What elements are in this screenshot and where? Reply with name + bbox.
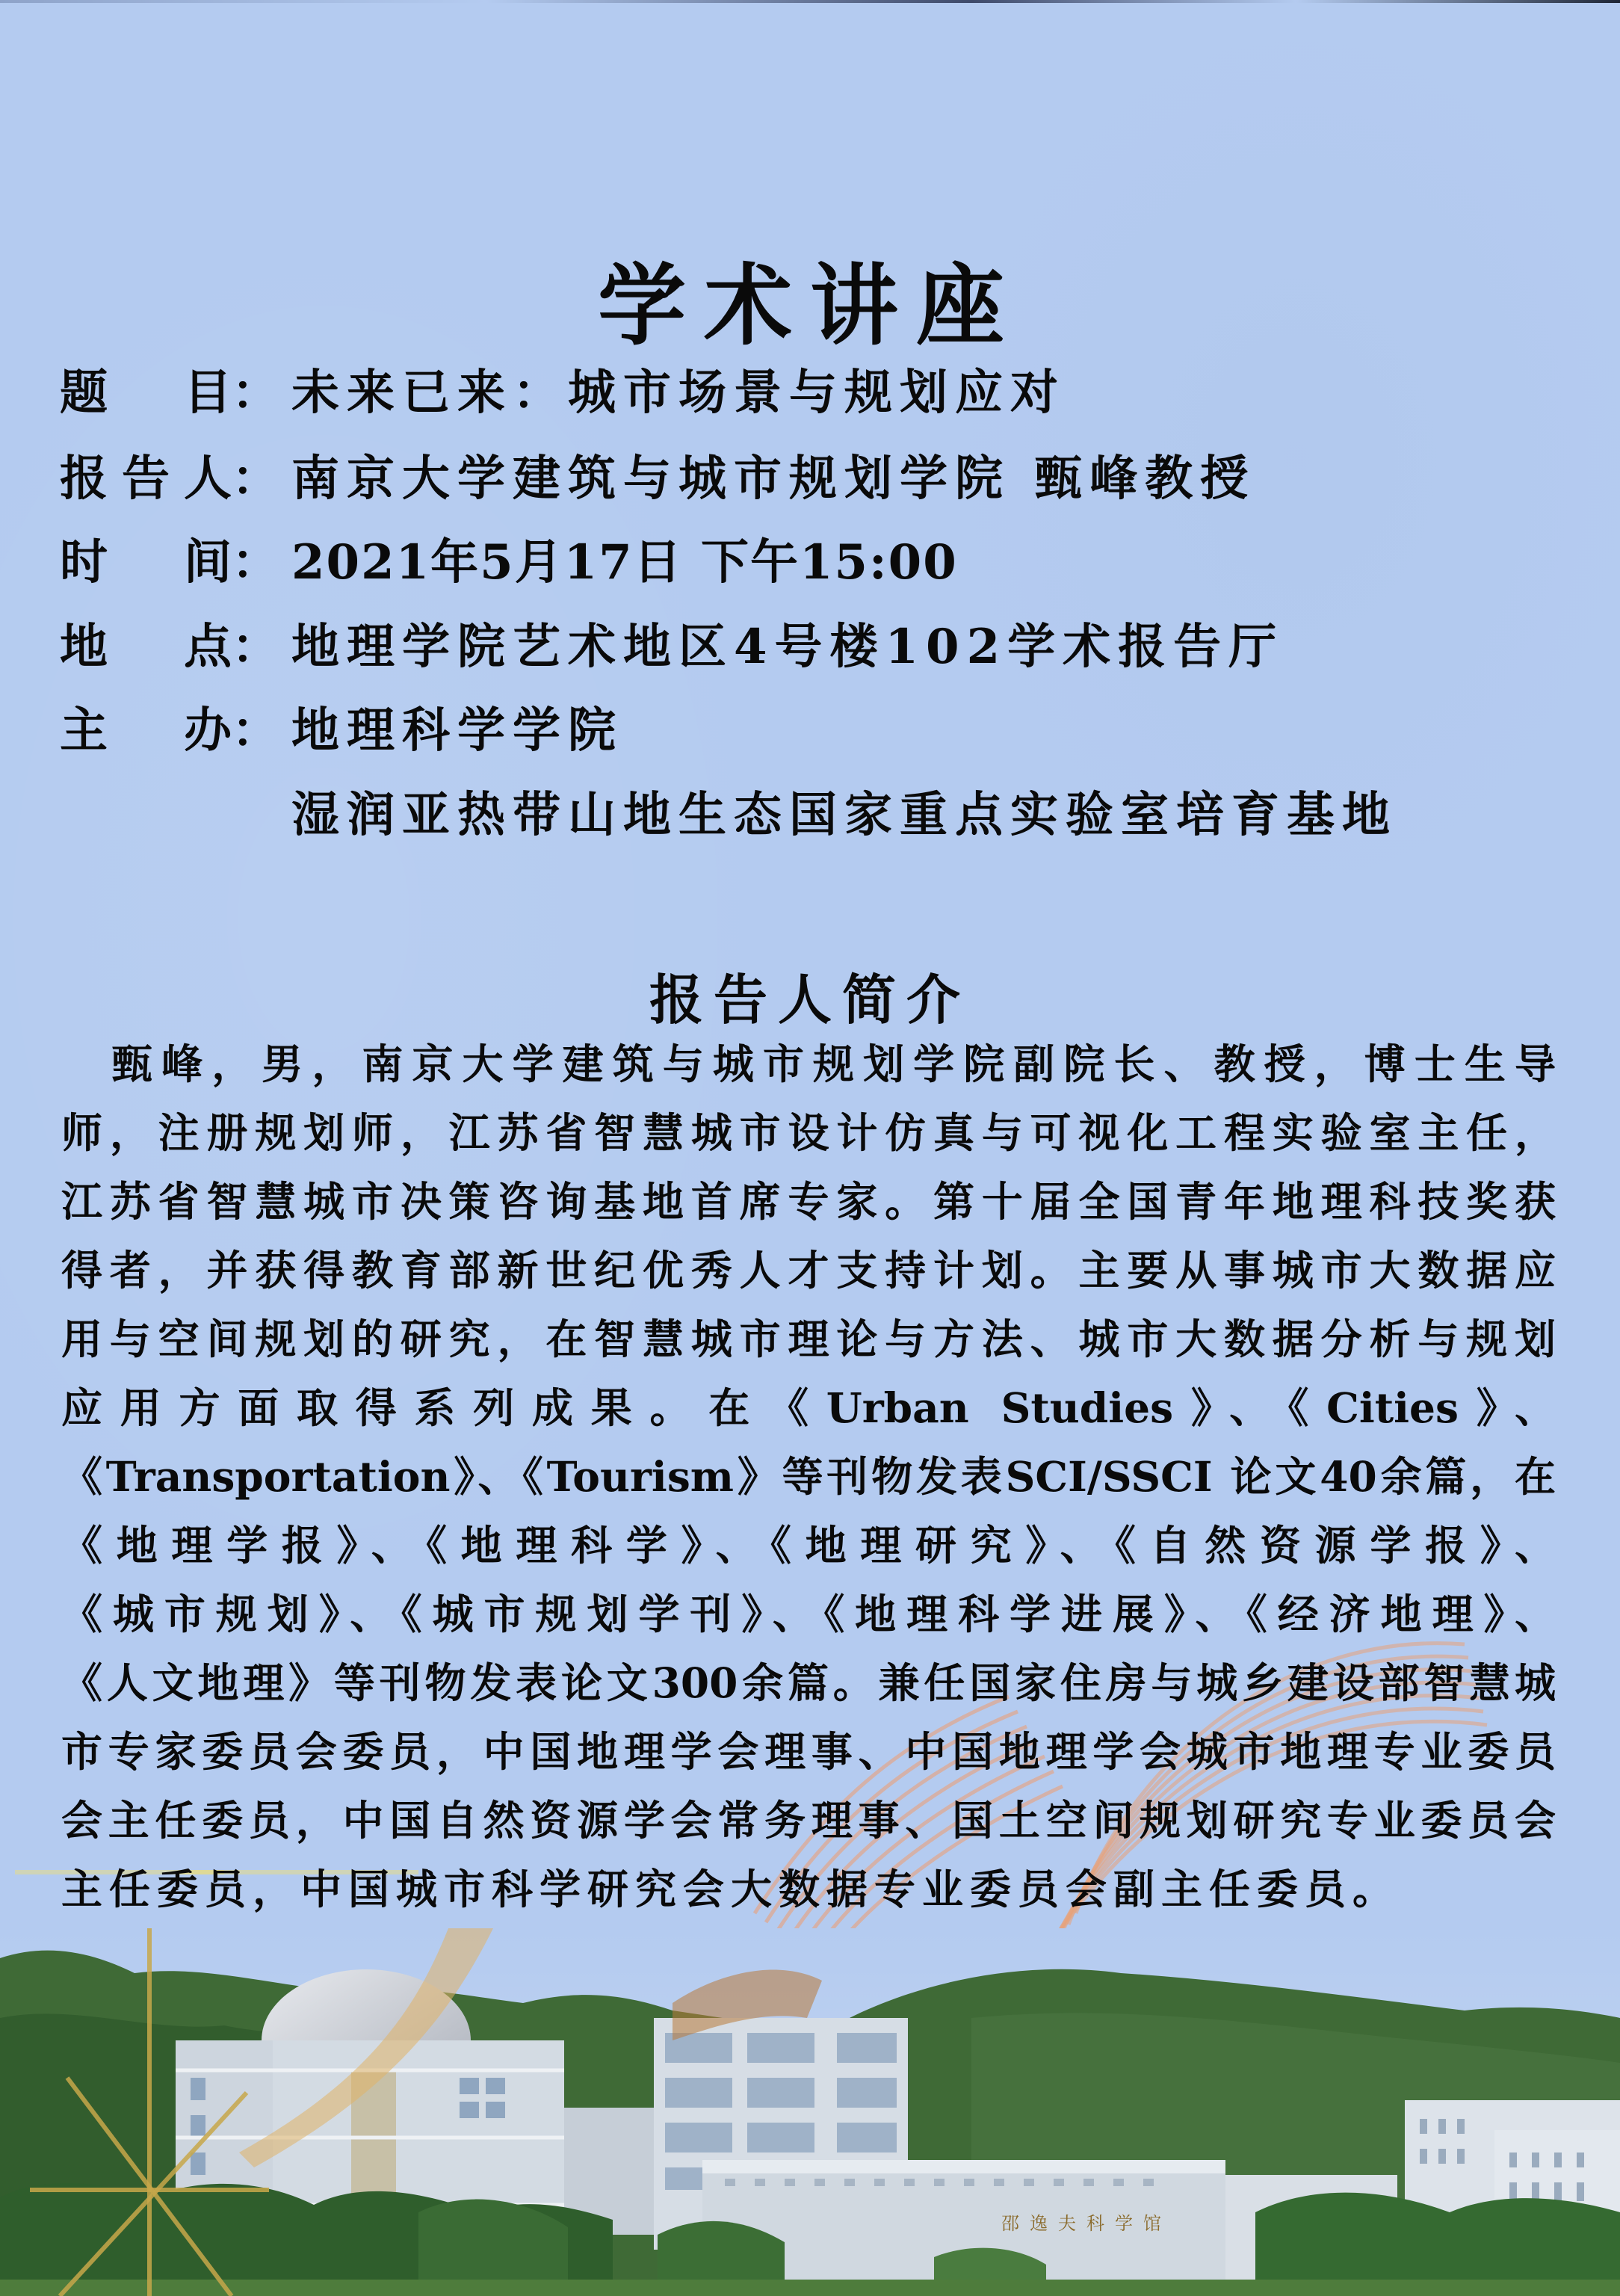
bio-line: 应用方面取得系列成果。在《Urban Studies》、《Cities》、 (61, 1375, 1556, 1442)
campus-scene-image: 邵逸夫科学馆 (0, 1928, 1620, 2296)
top-edge-line (0, 0, 1620, 3)
bio-line: 师，注册规划师，江苏省智慧城市设计仿真与可视化工程实验室主任， (61, 1100, 1556, 1167)
topic-value: 未来已来：城市场景与规划应对 (291, 354, 1066, 423)
info-row-location: 地 点 ： 地理学院艺术地区4号楼102学术报告厅 (60, 605, 1284, 680)
bio-line: 用与空间规划的研究，在智慧城市理论与方法、城市大数据分析与规划 (61, 1306, 1556, 1374)
info-row-speaker: 报 告 人 ： 南京大学建筑与城市规划学院 甄峰教授 (60, 437, 1255, 512)
bio-line: 甄峰，男，南京大学建筑与城市规划学院副院长、教授，博士生导 (61, 1031, 1556, 1099)
bio-title: 报告人简介 (0, 957, 1620, 1034)
organizer-value: 地理科学学院 (291, 692, 623, 761)
bio-line: 《地理学报》、《地理科学》、《地理研究》、《自然资源学报》、 (61, 1513, 1556, 1580)
info-label: 地 点 (60, 608, 232, 677)
bio-line: 江苏省智慧城市决策咨询基地首席专家。第十届全国青年地理科技奖获 (61, 1169, 1556, 1236)
bio-line: 主任委员，中国城市科学研究会大数据专业委员会副主任委员。 (61, 1857, 1556, 1924)
campus-photo: 邵逸夫科学馆 (0, 1928, 1620, 2296)
bio-line: 得者，并获得教育部新世纪优秀人才支持计划。主要从事城市大数据应 (61, 1238, 1556, 1305)
info-row-time: 时 间 ： 2021年5月17日 下午15:00 (60, 521, 958, 596)
speaker-value: 南京大学建筑与城市规划学院 甄峰教授 (291, 440, 1255, 509)
bio-line: 《Transportation》、《Tourism》等刊物发表SCI/SSCI … (61, 1444, 1556, 1511)
info-label: 题 目 (60, 354, 232, 423)
bio-line: 《城市规划》、《城市规划学刊》、《地理科学进展》、《经济地理》、 (61, 1581, 1556, 1649)
time-value: 2021年5月17日 下午15:00 (291, 524, 958, 593)
location-value: 地理学院艺术地区4号楼102学术报告厅 (291, 608, 1284, 677)
info-row-organizer: 主 办 ： 地理科学学院 (60, 689, 623, 764)
info-row-topic: 题 目 ： 未来已来：城市场景与规划应对 (60, 351, 1066, 426)
bio-line: 会主任委员，中国自然资源学会常务理事、国土空间规划研究专业委员会 (61, 1788, 1556, 1855)
page-title: 学术讲座 (0, 235, 1620, 362)
info-label: 主 办 (60, 692, 232, 761)
info-label: 报 告 人 (60, 440, 232, 509)
bio-line: 市专家委员会委员，中国地理学会理事、中国地理学会城市地理专业委员 (61, 1719, 1556, 1786)
bio-line: 《人文地理》等刊物发表论文300余篇。兼任国家住房与城乡建设部智慧城 (61, 1650, 1556, 1718)
svg-text:邵逸夫科学馆: 邵逸夫科学馆 (1001, 2213, 1172, 2234)
info-row-organizer-2: 湿润亚热带山地生态国家重点实验室培育基地 (60, 774, 1397, 848)
co-organizer-value: 湿润亚热带山地生态国家重点实验室培育基地 (291, 777, 1397, 845)
info-label: 时 间 (60, 524, 232, 593)
